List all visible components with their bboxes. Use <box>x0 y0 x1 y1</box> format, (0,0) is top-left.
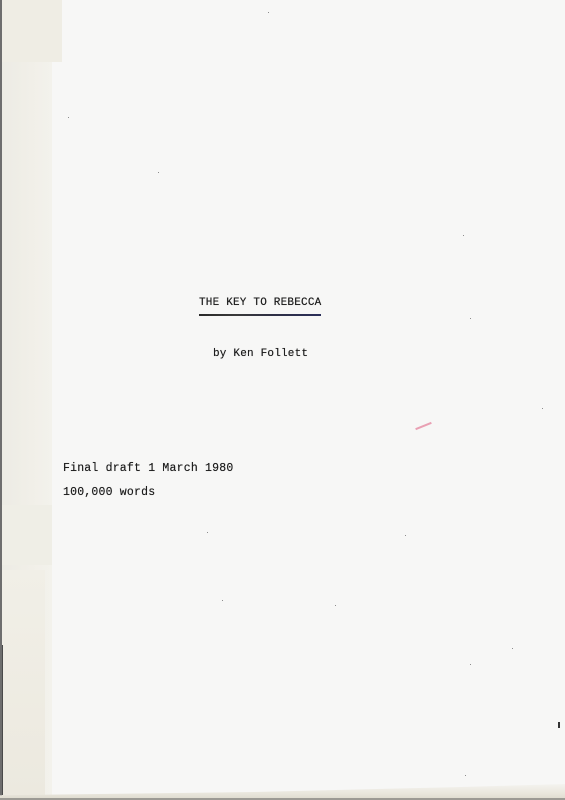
stray-ink-mark <box>415 422 432 430</box>
draft-date: Final draft 1 March 1980 <box>63 462 233 475</box>
manuscript-title: THE KEY TO REBECCA <box>199 297 321 309</box>
paper-speck <box>465 775 466 776</box>
manuscript-page: THE KEY TO REBECCA by Ken Follett Final … <box>0 0 565 800</box>
scan-edge-mark <box>558 722 560 728</box>
aged-paper-patch <box>0 570 45 795</box>
paper-speck <box>222 600 223 601</box>
page-left-edge-shadow <box>2 645 3 795</box>
paper-speck <box>470 664 471 665</box>
author-byline: by Ken Follett <box>213 348 308 360</box>
paper-speck <box>268 12 269 13</box>
word-count: 100,000 words <box>63 486 155 499</box>
paper-speck <box>463 235 464 236</box>
paper-speck <box>512 648 513 649</box>
paper-speck <box>470 318 471 319</box>
paper-speck <box>207 532 208 533</box>
paper-speck <box>335 605 336 606</box>
paper-speck <box>68 117 69 118</box>
aged-paper-patch <box>0 505 52 565</box>
paper-speck <box>542 408 543 409</box>
paper-speck <box>158 172 159 173</box>
paper-speck <box>405 535 406 536</box>
title-underline <box>199 314 321 316</box>
aged-paper-patch <box>0 0 62 62</box>
